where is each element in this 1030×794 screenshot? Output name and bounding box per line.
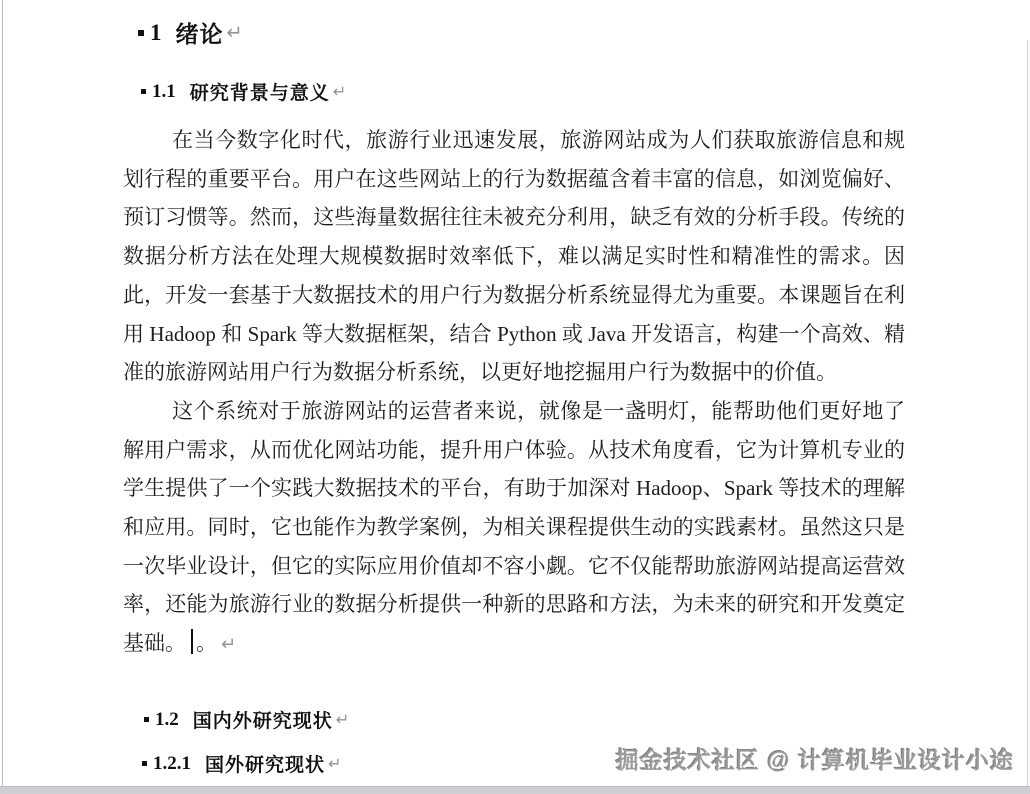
outline-bullet-icon: [142, 761, 147, 766]
body-paragraph-1[interactable]: 在当今数字化时代，旅游行业迅速发展，旅游网站成为人们获取旅游信息和规划行程的重要…: [123, 121, 905, 392]
outline-bullet-icon: [138, 30, 144, 36]
heading-number: 1.2.1: [153, 753, 191, 775]
document-page: 1 绪论 ↵ 1.1 研究背景与意义 ↵ 在当今数字化时代，旅游行业迅速发展，旅…: [0, 0, 1030, 794]
paragraph-mark-icon: ↵: [328, 754, 342, 773]
page-bottom-edge: [0, 786, 1030, 794]
text-cursor: [191, 629, 193, 654]
heading-number: 1: [150, 20, 162, 46]
heading-number: 1.1: [152, 81, 176, 103]
heading-number: 1.2: [155, 709, 179, 731]
heading-title: 绪论: [176, 16, 224, 49]
heading-section-1-2[interactable]: 1.2 国内外研究现状 ↵: [144, 706, 349, 733]
heading-chapter-1[interactable]: 1 绪论 ↵: [138, 16, 243, 49]
watermark: 掘金技术社区 @ 计算机毕业设计小途: [616, 742, 1014, 775]
heading-title: 国外研究现状: [205, 750, 325, 777]
outline-bullet-icon: [144, 717, 149, 722]
paragraph-mark-icon: ↵: [333, 82, 347, 101]
heading-section-1-2-1[interactable]: 1.2.1 国外研究现状 ↵: [142, 750, 342, 777]
paragraph-mark-icon: ↵: [221, 634, 236, 655]
body-paragraph-2[interactable]: 这个系统对于旅游网站的运营者来说，就像是一盏明灯，能帮助他们更好地了解用户需求，…: [123, 392, 905, 665]
heading-title: 研究背景与意义: [190, 78, 330, 105]
paragraph-text: 在当今数字化时代，旅游行业迅速发展，旅游网站成为人们获取旅游信息和规划行程的重要…: [123, 128, 905, 384]
paragraph-mark-icon: ↵: [227, 21, 243, 44]
paragraph-mark-icon: ↵: [336, 710, 350, 729]
paragraph-text: 这个系统对于旅游网站的运营者来说，就像是一盏明灯，能帮助他们更好地了解用户需求，…: [123, 399, 905, 655]
paragraph-text-after-cursor: 。: [196, 631, 217, 655]
page-right-edge: [1027, 40, 1028, 787]
page-left-edge: [2, 0, 3, 787]
outline-bullet-icon: [141, 89, 146, 94]
heading-section-1-1[interactable]: 1.1 研究背景与意义 ↵: [141, 78, 346, 105]
document-body-text: 在当今数字化时代，旅游行业迅速发展，旅游网站成为人们获取旅游信息和规划行程的重要…: [123, 121, 905, 665]
heading-title: 国内外研究现状: [193, 706, 333, 733]
